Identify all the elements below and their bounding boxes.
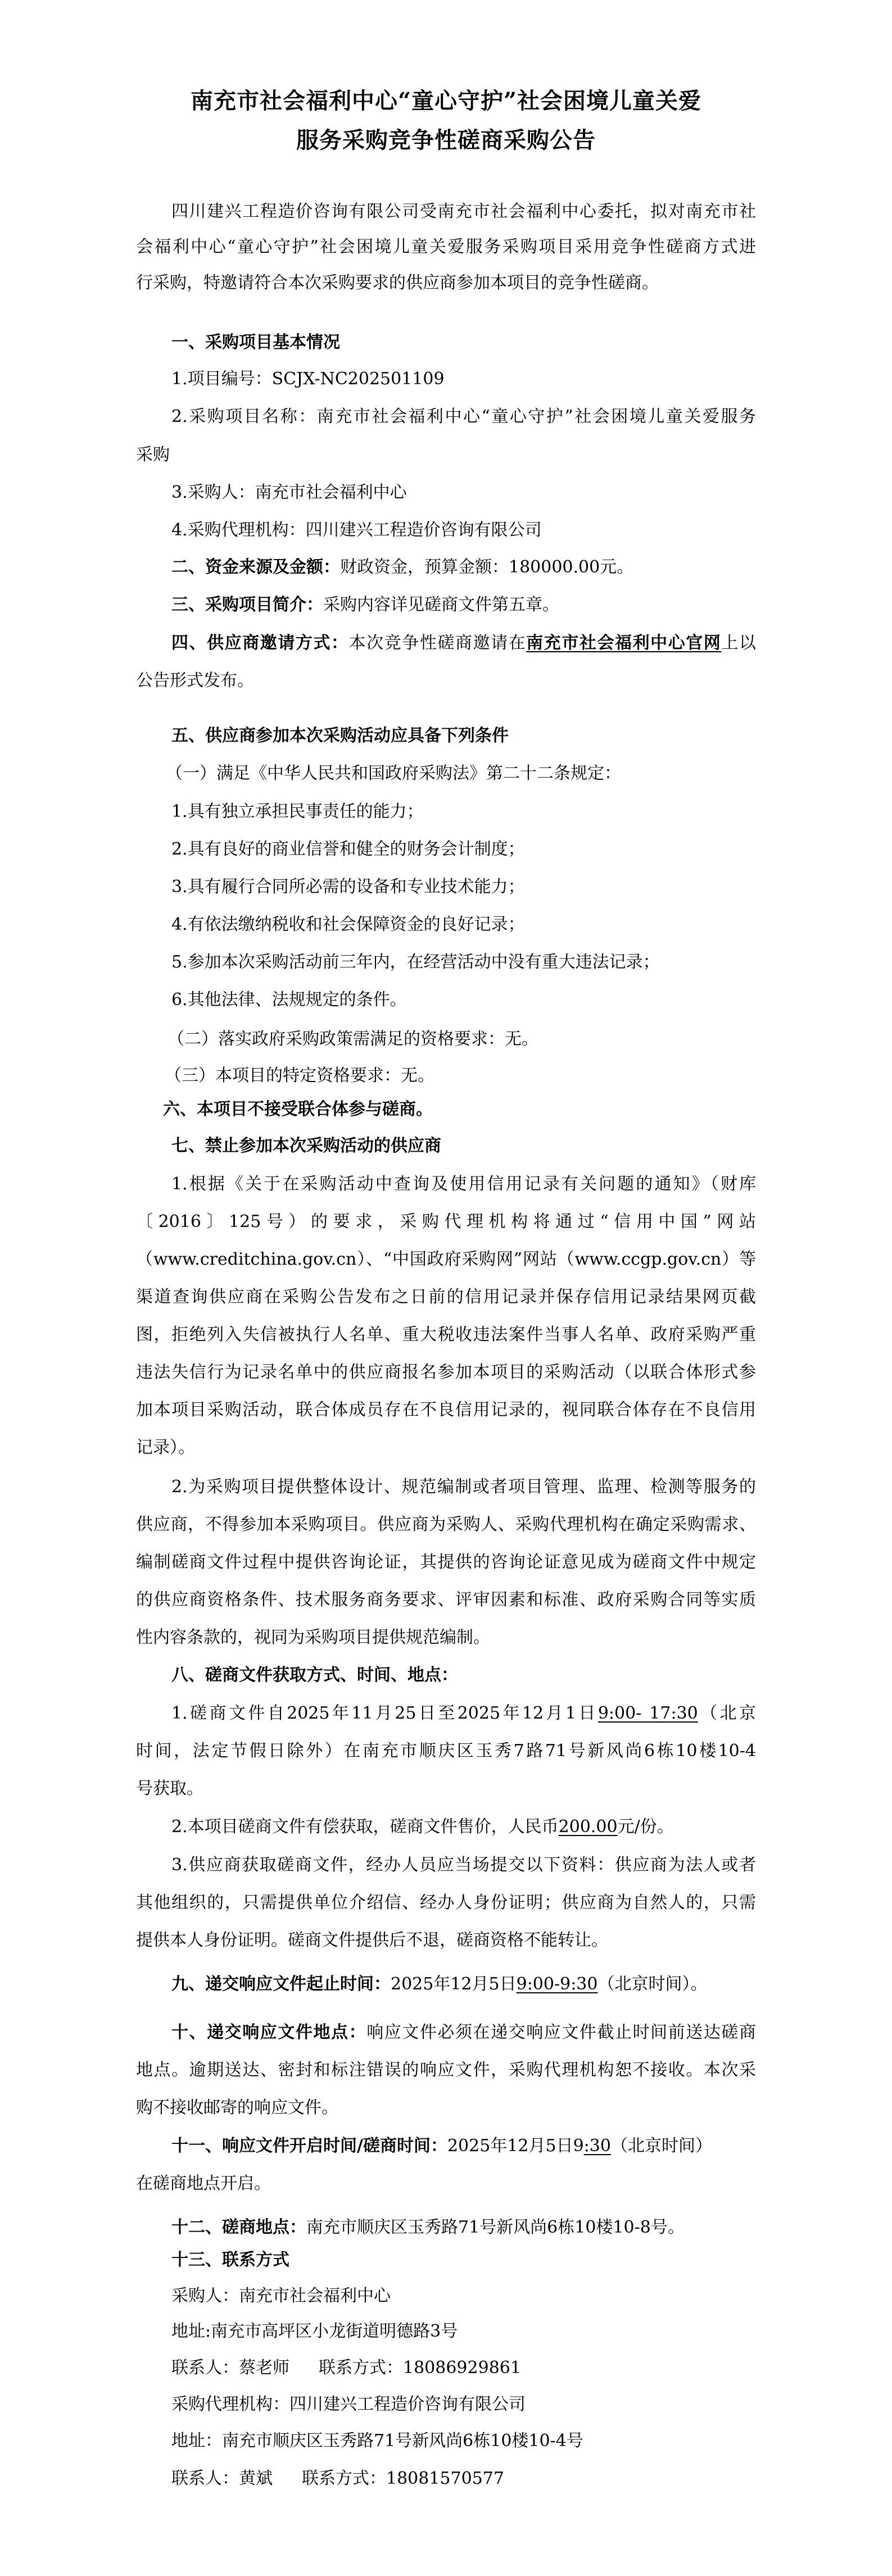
section-13-heading: 十三、联系方式 [171, 2249, 756, 2271]
section-12-heading: 十二、磋商地点： [171, 2218, 306, 2237]
document-requirements-line-1: 3.供应商获取磋商文件，经办人员应当场提交以下资料：供应商为法人或者 [171, 1854, 756, 1877]
condition-sub-1: （一）满足《中华人民共和国政府采购法》第二十二条规定： [166, 762, 786, 785]
section-10-heading: 十、递交响应文件地点： [171, 2023, 366, 2042]
prohibition-1-line-6: 违法失信行为记录名单中的供应商报名参加本项目的采购活动（以联合体形式参 [136, 1361, 756, 1384]
section-2-funding: 二、资金来源及金额：财政资金，预算金额：180000.00元。 [171, 556, 756, 579]
section-10-location-line-2: 地点。逾期送达、密封和标注错误的响应文件，采购代理机构恕不接收。本次采 [136, 2059, 756, 2082]
section-11-heading: 十一、响应文件开启时间/磋商时间： [171, 2136, 447, 2156]
official-website-link[interactable]: 南充市社会福利中心官网 [526, 633, 721, 653]
submission-time-range: 9:00-9:30 [517, 1974, 598, 1994]
document-period-dates: 1.磋商文件自2025年11月25日至2025年12月1日 [171, 1703, 598, 1723]
intro-line-2: 会福利中心“童心守护”社会困境儿童关爱服务采购项目采用竞争性磋商方式进 [136, 236, 756, 258]
section-9-submission-time: 九、递交响应文件起止时间：2025年12月5日9:00-9:30（北京时间）。 [171, 1973, 756, 1996]
document-period-line-2: 时间，法定节假日除外）在南充市顺庆区玉秀7路71号新风尚6栋10楼10-4 [136, 1740, 756, 1762]
section-8-heading: 八、磋商文件获取方式、时间、地点： [171, 1664, 756, 1687]
condition-sub-3: （三）本项目的特定资格要求：无。 [165, 1065, 785, 1087]
prohibition-2-line-5: 性内容条款的，视同为采购项目提供规范编制。 [136, 1627, 756, 1649]
announcement-page: 南充市社会福利中心“童心守护”社会困境儿童关爱 服务采购竞争性磋商采购公告 四川… [0, 0, 892, 2576]
intro-line-3: 行采购，特邀请符合本次采购要求的供应商参加本项目的竞争性磋商。 [136, 272, 756, 294]
section-7-heading: 七、禁止参加本次采购活动的供应商 [171, 1135, 756, 1157]
section-10-location-line-3: 购不接收邮寄的响应文件。 [136, 2097, 756, 2119]
prohibition-1-line-7: 加本项目采购活动，联合体成员存在不良信用记录的，视同联合体存在不良信用 [136, 1399, 756, 1421]
summary-text: 采购内容详见磋商文件第五章。 [323, 595, 559, 615]
agency-contact-phone: 联系方式：18081570577 [302, 2469, 504, 2488]
section-9-heading: 九、递交响应文件起止时间： [171, 1974, 391, 1994]
purchaser-contact-phone: 联系方式：18086929861 [319, 2358, 521, 2378]
procurement-agency: 4.采购代理机构：四川建兴工程造价咨询有限公司 [171, 519, 756, 542]
contact-purchaser: 采购人：南充市社会福利中心 [171, 2285, 756, 2307]
section-3-heading: 三、采购项目简介： [171, 595, 323, 615]
document-title-line-1: 南充市社会福利中心“童心守护”社会困境儿童关爱 [0, 87, 892, 115]
contact-agency-person: 联系人：黄斌联系方式：18081570577 [171, 2468, 756, 2490]
prohibition-2-line-2: 供应商，不得参加本采购项目。供应商为采购人、采购代理机构在确定采购需求、 [136, 1514, 756, 1536]
document-price-label: 2.本项目磋商文件有偿获取，磋商文件售价，人民币 [171, 1817, 559, 1837]
section-11-opening-time: 十一、响应文件开启时间/磋商时间：2025年12月5日9:30（北京时间） [171, 2135, 756, 2157]
submission-tz: （北京时间）。 [597, 1974, 707, 1994]
contact-purchaser-person: 联系人：蔡老师联系方式：18086929861 [171, 2357, 756, 2379]
section-4-invitation: 四、供应商邀请方式：本次竞争性磋商邀请在南充市社会福利中心官网上以 [171, 632, 756, 655]
invitation-line-2: 公告形式发布。 [136, 670, 756, 692]
purchaser: 3.采购人：南充市社会福利中心 [171, 481, 756, 504]
venue-text: 南充市顺庆区玉秀路71号新风尚6栋10楼10-8号。 [306, 2218, 685, 2237]
project-name-line-1: 2.采购项目名称：南充市社会福利中心“童心守护”社会困境儿童关爱服务 [171, 406, 756, 428]
opening-time-minutes: :30 [584, 2136, 611, 2156]
intro-line-1: 四川建兴工程造价咨询有限公司受南充市社会福利中心委托，拟对南充市社 [171, 201, 756, 223]
invitation-text: 本次竞争性磋商邀请在 [349, 633, 527, 653]
document-price: 2.本项目磋商文件有偿获取，磋商文件售价，人民币200.00元/份。 [171, 1816, 756, 1838]
section-12-venue: 十二、磋商地点：南充市顺庆区玉秀路71号新风尚6栋10楼10-8号。 [171, 2216, 756, 2239]
prohibition-1-line-5: 图，拒绝列入失信被执行人名单、重大税收违法案件当事人名单、政府采购严重 [136, 1324, 756, 1346]
prohibition-1-line-8: 记录）。 [136, 1437, 756, 1459]
condition-item-2: 2.具有良好的商业信誉和健全的财务会计制度； [171, 838, 756, 861]
submission-date: 2025年12月5日 [391, 1974, 517, 1994]
agency-contact-name: 联系人：黄斌 [171, 2469, 273, 2488]
prohibition-1-line-1: 1.根据《关于在采购活动中查询及使用信用记录有关问题的通知》（财库 [171, 1173, 756, 1196]
purchaser-contact-name: 联系人：蔡老师 [171, 2358, 289, 2378]
section-10-location-line-1: 十、递交响应文件地点：响应文件必须在递交响应文件截止时间前送达磋商 [171, 2021, 756, 2044]
prohibition-2-line-1: 2.为采购项目提供整体设计、规范编制或者项目管理、监理、检测等服务的 [171, 1476, 756, 1498]
opening-date: 2025年12月5日9 [447, 2136, 584, 2156]
prohibition-1-line-3: （www.creditchina.gov.cn）、“中国政府采购网”网站（www… [136, 1248, 756, 1271]
prohibition-1-line-4: 渠道查询供应商在采购公告发布之日前的信用记录并保存信用记录结果网页截 [136, 1286, 756, 1309]
document-period-line-3: 号获取。 [136, 1778, 756, 1800]
document-period-line-1: 1.磋商文件自2025年11月25日至2025年12月1日9:00- 17:30… [171, 1702, 756, 1725]
document-requirements-line-2: 其他组织的，只需提供单位介绍信、经办人身份证明；供应商为自然人的，只需 [136, 1892, 756, 1914]
document-title-line-2: 服务采购竞争性磋商采购公告 [0, 126, 892, 155]
condition-item-1: 1.具有独立承担民事责任的能力； [171, 801, 756, 823]
document-period-hours: 9:00- 17:30 [598, 1703, 698, 1723]
project-name-line-2: 采购 [136, 444, 756, 466]
invitation-text-after: 上以 [721, 633, 756, 653]
prohibition-2-line-3: 编制磋商文件过程中提供咨询论证，其提供的咨询论证意见成为磋商文件中规定 [136, 1551, 756, 1574]
section-6-heading: 六、本项目不接受联合体参与磋商。 [163, 1098, 783, 1121]
section-11-line-2: 在磋商地点开启。 [136, 2173, 756, 2195]
document-requirements-line-3: 提供本人身份证明。磋商文件提供后不退，磋商资格不能转让。 [136, 1929, 756, 1952]
section-4-heading: 四、供应商邀请方式： [171, 633, 349, 653]
condition-sub-2: （二）落实政府采购政策需满足的资格要求：无。 [167, 1028, 787, 1051]
prohibition-1-line-2: 〔2016〕125号）的要求，采购代理机构将通过“信用中国”网站 [136, 1211, 756, 1233]
prohibition-2-line-4: 的供应商资格条件、技术服务商务要求、评审因素和标准、政府采购合同等实质 [136, 1589, 756, 1611]
opening-tz: （北京时间） [611, 2136, 712, 2156]
section-3-summary: 三、采购项目简介：采购内容详见磋商文件第五章。 [171, 594, 756, 616]
condition-item-6: 6.其他法律、法规规定的条件。 [171, 989, 756, 1011]
document-price-unit: 元/份。 [618, 1817, 674, 1837]
funding-text: 财政资金，预算金额：180000.00元。 [340, 557, 633, 577]
submission-location-text: 响应文件必须在递交响应文件截止时间前送达磋商 [366, 2023, 756, 2042]
contact-agency-address: 地址：南充市顺庆区玉秀路71号新风尚6栋10楼10-4号 [171, 2430, 756, 2452]
contact-agency: 采购代理机构：四川建兴工程造价咨询有限公司 [171, 2393, 756, 2416]
section-5-heading: 五、供应商参加本次采购活动应具备下列条件 [171, 725, 756, 747]
condition-item-3: 3.具有履行合同所必需的设备和专业技术能力； [171, 876, 756, 898]
document-period-tz: （北京 [698, 1703, 756, 1723]
condition-item-5: 5.参加本次采购活动前三年内，在经营活动中没有重大违法记录； [171, 951, 756, 974]
section-1-heading: 一、采购项目基本情况 [171, 331, 756, 354]
condition-item-4: 4.有依法缴纳税收和社会保障资金的良好记录； [171, 914, 756, 936]
section-2-heading: 二、资金来源及金额： [171, 557, 340, 577]
document-price-value: 200.00 [559, 1817, 618, 1837]
project-number: 1.项目编号：SCJX-NC202501109 [171, 368, 756, 390]
contact-purchaser-address: 地址:南充市高坪区小龙街道明德路3号 [171, 2320, 756, 2343]
